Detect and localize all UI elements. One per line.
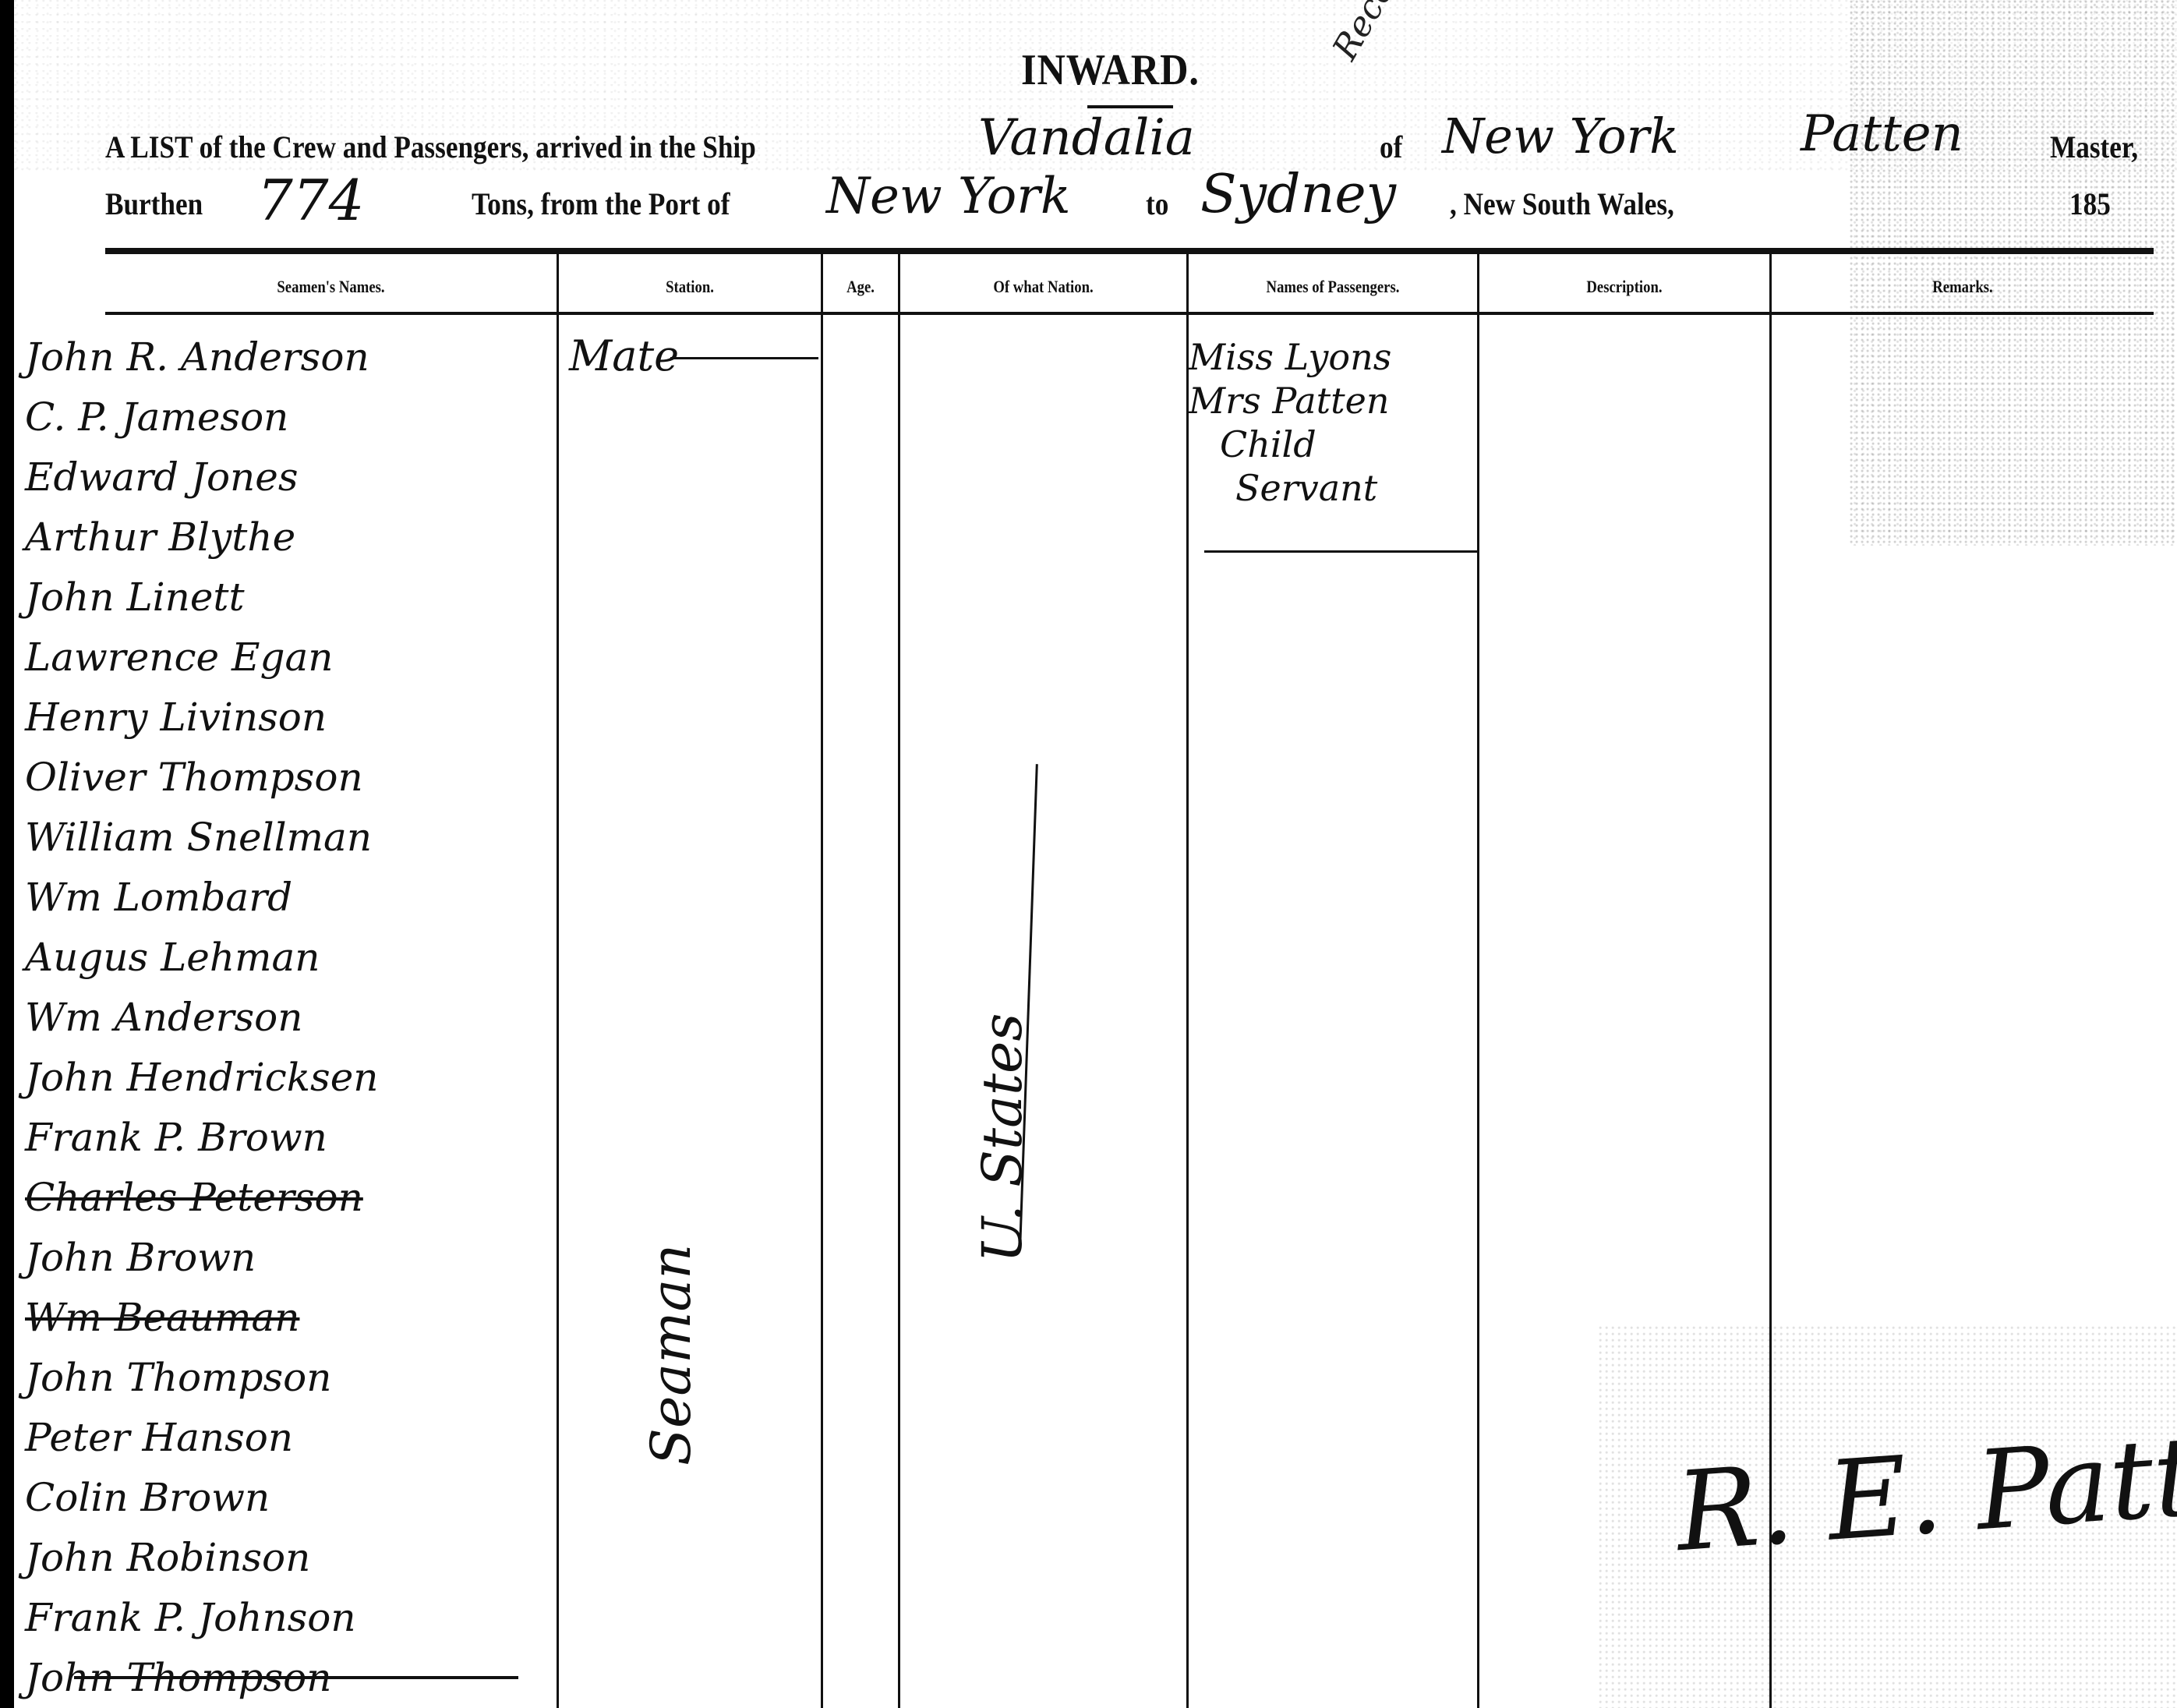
column-divider-station	[557, 254, 559, 1708]
ship-name: Vandalia	[978, 109, 1195, 167]
seaman-row: Augus Lehman	[16, 928, 553, 988]
header-underline	[1189, 312, 1477, 315]
seamen-list-end-rule	[74, 1676, 518, 1679]
station-first-entry: Mate	[569, 331, 679, 380]
column-divider-age	[821, 254, 823, 1708]
to-label: to	[1146, 186, 1168, 222]
seaman-row: Wm Anderson	[16, 988, 553, 1048]
seaman-row: Frank P. Brown	[16, 1108, 553, 1168]
burthen-value: 774	[257, 168, 364, 233]
column-header-nation: Of what Nation.	[922, 263, 1165, 310]
seaman-row: Edward Jones	[16, 447, 553, 507]
column-header-station: Station.	[578, 263, 801, 310]
tons-label: Tons, from the Port of	[472, 186, 730, 222]
seaman-row: Wm Lombard	[16, 868, 553, 928]
passenger-row: Child	[1189, 423, 1485, 466]
seaman-row: William Snellman	[16, 808, 553, 868]
scan-edge	[0, 0, 14, 1708]
column-header-seamens-names: Seamen's Names.	[139, 263, 522, 310]
header-underline	[900, 312, 1186, 315]
seaman-row: C. P. Jameson	[16, 387, 553, 447]
title-rule	[1087, 105, 1173, 108]
master-label: Master,	[2050, 129, 2138, 165]
column-header-remarks: Remarks.	[1801, 263, 2126, 310]
seamen-list: John R. Anderson C. P. Jameson Edward Jo…	[16, 327, 553, 1708]
column-header-description: Description.	[1501, 263, 1748, 310]
seaman-row: Lawrence Egan	[16, 628, 553, 688]
ship-home-port: New York	[1442, 108, 1679, 164]
passenger-list: Miss Lyons Mrs Patten Child Servant	[1189, 335, 1485, 510]
seaman-row: John Linett	[16, 568, 553, 628]
seaman-row: John Brown	[16, 1228, 553, 1288]
master-name: Patten	[1801, 105, 1963, 163]
header-underline	[105, 312, 557, 315]
header-underline	[1479, 312, 1769, 315]
seaman-row: Peter Hanson	[16, 1408, 553, 1468]
seaman-row-struck: Charles Peterson	[16, 1168, 553, 1228]
seaman-row: John Hendricksen	[16, 1048, 553, 1108]
station-vertical-entry: Seaman	[639, 1244, 703, 1466]
year-prefix: 185	[2069, 186, 2111, 222]
column-header-passengers: Names of Passengers.	[1210, 263, 1456, 310]
seaman-row: Oliver Thompson	[16, 748, 553, 808]
header-line1-prefix: A LIST of the Crew and Passengers, arriv…	[105, 129, 756, 165]
seaman-row: Colin Brown	[16, 1468, 553, 1528]
header-underline	[1772, 312, 2154, 315]
passenger-list-end-rule	[1204, 550, 1477, 553]
burthen-label: Burthen	[105, 186, 203, 222]
seaman-row: John Thompson	[16, 1348, 553, 1408]
received-annotation: Received 11th Decr 1853	[1325, 0, 1580, 67]
header-rule	[105, 248, 2154, 254]
passenger-row: Miss Lyons	[1189, 335, 1485, 379]
header-underline	[559, 312, 821, 315]
column-header-age: Age.	[829, 263, 892, 310]
passenger-row: Servant	[1189, 466, 1485, 510]
seaman-row: Henry Livinson	[16, 688, 553, 748]
of-label: of	[1380, 129, 1402, 165]
seaman-row: John R. Anderson	[16, 327, 553, 387]
station-ditto-line	[670, 357, 818, 359]
seaman-row-struck: Wm Beauman	[16, 1288, 553, 1348]
seaman-row: Arthur Blythe	[16, 507, 553, 568]
from-port: New York	[826, 168, 1071, 225]
header-underline	[823, 312, 898, 315]
document-title: INWARD.	[1021, 45, 1200, 95]
seaman-row: John Robinson	[16, 1528, 553, 1588]
to-port: Sydney	[1200, 164, 1396, 225]
passenger-row: Mrs Patten	[1189, 379, 1485, 423]
region-label: , New South Wales,	[1450, 186, 1674, 222]
column-divider-nation	[898, 254, 900, 1708]
seaman-row: Frank P. Johnson	[16, 1588, 553, 1648]
master-signature: R. E. Patten	[1672, 1404, 2177, 1576]
